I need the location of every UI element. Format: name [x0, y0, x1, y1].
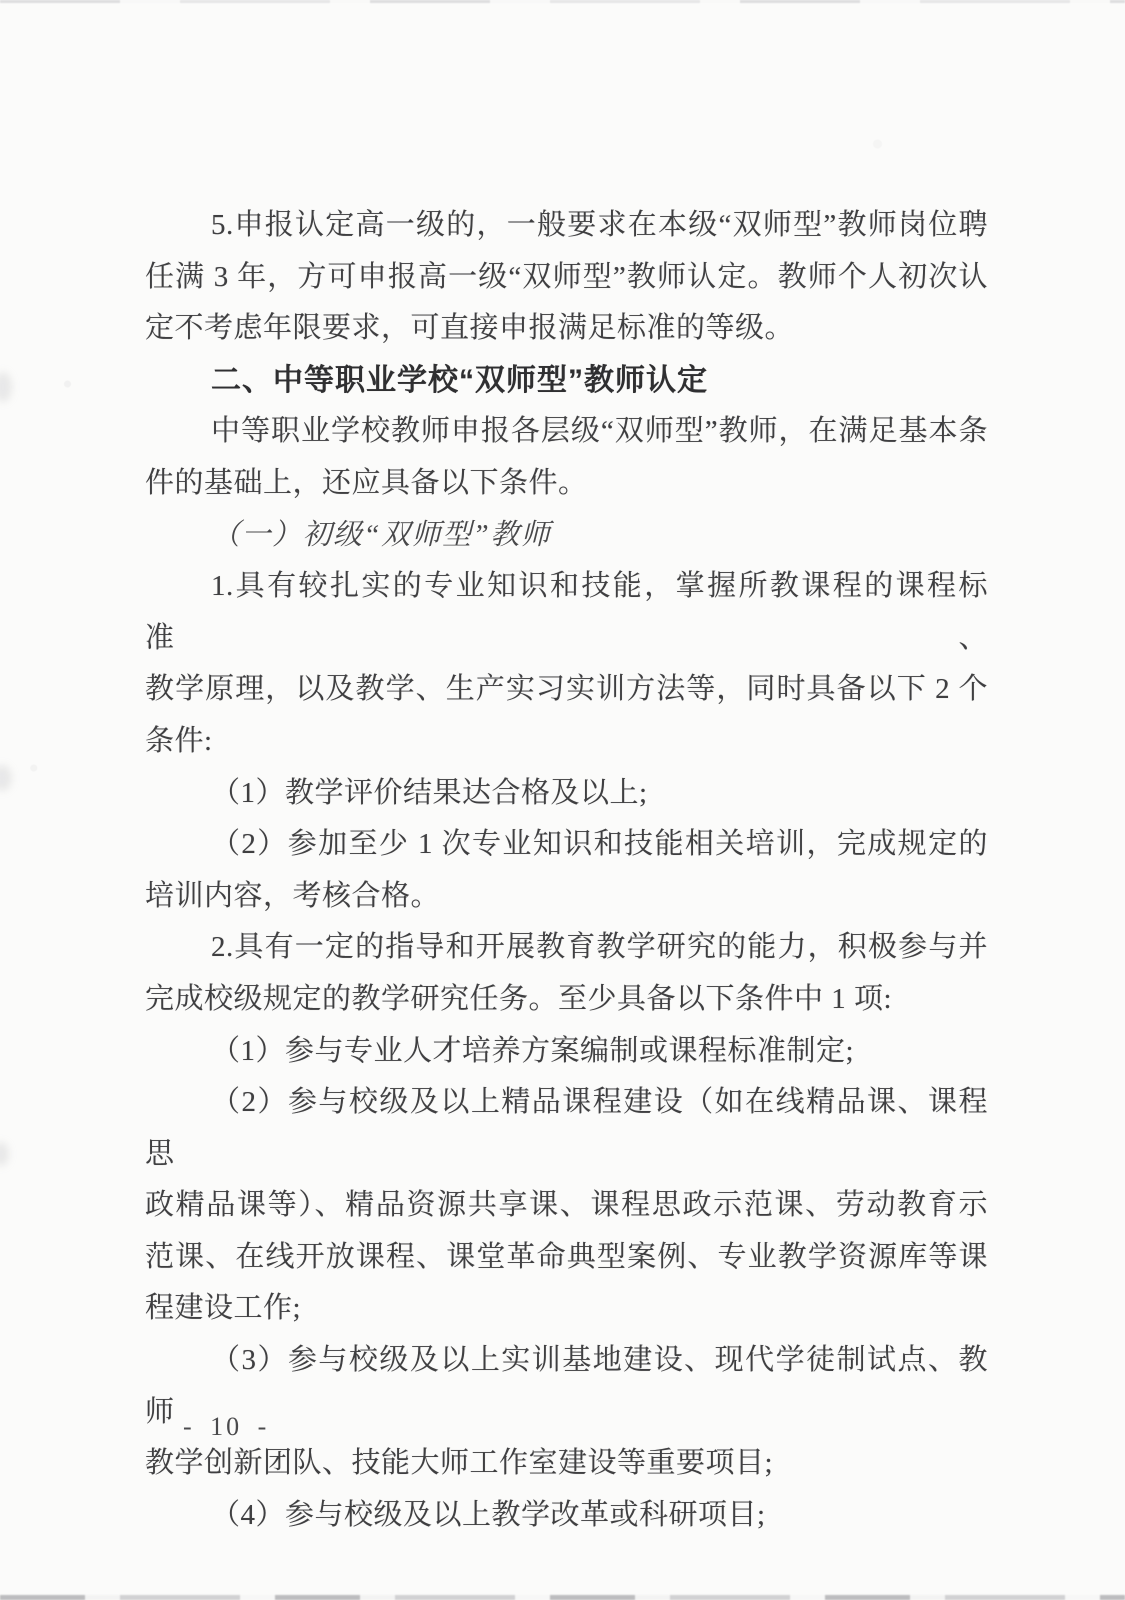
doc-line: 教学创新团队、技能大师工作室建设等重要项目;: [145, 1438, 988, 1490]
doc-line: 范课、在线开放课程、课堂革命典型案例、专业教学资源库等课: [145, 1232, 988, 1284]
doc-line: （2）参与校级及以上精品课程建设（如在线精品课、课程思: [145, 1077, 988, 1180]
doc-line: 中等职业学校教师申报各层级“双师型”教师，在满足基本条: [145, 406, 988, 458]
section-heading: 二、中等职业学校“双师型”教师认定: [145, 355, 988, 407]
doc-line: 1.具有较扎实的专业知识和技能，掌握所教课程的课程标准、: [145, 561, 988, 664]
doc-line: （4）参与校级及以上教学改革或科研项目;: [145, 1490, 988, 1542]
doc-line: 教学原理，以及教学、生产实习实训方法等，同时具备以下 2 个: [145, 664, 988, 716]
doc-line: 2.具有一定的指导和开展教育教学研究的能力，积极参与并: [145, 922, 988, 974]
scan-smudge-artifact: [0, 1142, 9, 1166]
doc-line: （3）参与校级及以上实训基地建设、现代学徒制试点、教师: [145, 1335, 988, 1438]
page-number: - 10 -: [183, 1412, 269, 1442]
doc-line: 程建设工作;: [145, 1283, 988, 1335]
scan-bottom-edge-artifact: [0, 1595, 1125, 1600]
doc-line: 任满 3 年，方可申报高一级“双师型”教师认定。教师个人初次认: [145, 252, 988, 304]
doc-line: 定不考虑年限要求，可直接申报满足标准的等级。: [145, 303, 988, 355]
doc-line: 完成校级规定的教学研究任务。至少具备以下条件中 1 项:: [145, 974, 988, 1026]
scanned-document-page: 5.申报认定高一级的，一般要求在本级“双师型”教师岗位聘 任满 3 年，方可申报…: [0, 0, 1125, 1600]
doc-line: 政精品课等）、精品资源共享课、课程思政示范课、劳动教育示: [145, 1180, 988, 1232]
subsection-heading: （一）初级“双师型”教师: [145, 510, 988, 562]
scan-top-edge-artifact: [0, 0, 1125, 3]
doc-line: （1）教学评价结果达合格及以上;: [145, 768, 988, 820]
doc-line: （1）参与专业人才培养方案编制或课程标准制定;: [145, 1026, 988, 1078]
doc-line: 件的基础上，还应具备以下条件。: [145, 458, 988, 510]
doc-line: 条件:: [145, 716, 988, 768]
scan-smudge-artifact: [0, 765, 12, 791]
doc-line: 5.申报认定高一级的，一般要求在本级“双师型”教师岗位聘: [145, 200, 988, 252]
doc-line: （2）参加至少 1 次专业知识和技能相关培训，完成规定的: [145, 819, 988, 871]
doc-line: 培训内容，考核合格。: [145, 871, 988, 923]
document-body: 5.申报认定高一级的，一般要求在本级“双师型”教师岗位聘 任满 3 年，方可申报…: [145, 200, 988, 1541]
scan-smudge-artifact: [0, 372, 12, 402]
